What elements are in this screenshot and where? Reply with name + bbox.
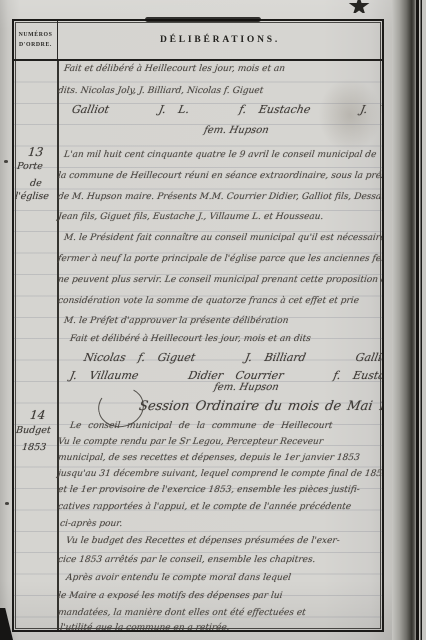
handwritten-line: Vu le budget des Recettes et dépenses pr… (65, 536, 340, 546)
margin-entry-label: Porte (16, 161, 43, 172)
register-left-page: NUMÉROS D'ORDRE. DÉLIBÉRATIONS. 13 Porte… (0, 0, 394, 640)
handwritten-line: M. le Président fait connaître au consei… (63, 233, 382, 243)
signature-line: J. Villaume Didier Courrier f. Eustache … (69, 369, 382, 382)
session-heading: Session Ordinaire du mois de Mai 1854 (138, 399, 382, 414)
margin-entry-number: 13 (27, 145, 44, 159)
handwritten-line: dits. Nicolas Joly, J. Billiard, Nicolas… (57, 86, 263, 96)
margin-entry-label: l'église (14, 191, 49, 202)
table-body: 13 Porte de l'église 14 Budget 1853 Fait… (14, 61, 382, 630)
star-ink-mark-icon: ★ (347, 0, 381, 13)
signature-line: Nicolas f. Giguet J. Billiard Galliot (83, 351, 382, 364)
handwritten-line: fermer à neuf la porte principale de l'é… (57, 254, 382, 264)
margin-entry-number: 14 (29, 408, 46, 422)
margin-entry-label: de (29, 178, 42, 189)
deliberations-column-header: DÉLIBÉRATIONS. (58, 21, 382, 59)
adjacent-page-edge (416, 0, 426, 640)
signature-line: Galliot J. L. f. Eustache J. Villaume Di… (71, 103, 382, 116)
ink-smudge (145, 17, 261, 22)
handwritten-line: Fait et délibéré à Heillecourt les jour,… (63, 64, 285, 74)
handwritten-line: le Maire a exposé les motifs des dépense… (57, 591, 283, 601)
margin-entry-label: Budget (15, 425, 51, 436)
table-header-row: NUMÉROS D'ORDRE. DÉLIBÉRATIONS. (14, 21, 382, 61)
handwritten-line: Fait et délibéré à Heillecourt les jour,… (69, 334, 311, 344)
table-frame: NUMÉROS D'ORDRE. DÉLIBÉRATIONS. 13 Porte… (12, 19, 384, 632)
handwritten-line: Vu le compte rendu par le Sr Legou, Perc… (57, 437, 323, 447)
handwritten-line: Jean fils, Giguet fils, Eustache J., Vil… (57, 212, 324, 222)
order-col-label-line2: D'ORDRE. (19, 42, 52, 48)
handwritten-line: mandatées, la manière dont elles ont été… (57, 608, 306, 618)
ink-speck (4, 160, 8, 163)
margin-entry-label: 1853 (21, 442, 46, 453)
handwritten-line: l'utilité que la commune en a retirée. (59, 623, 230, 630)
signature-line: fem. Hupson (213, 382, 280, 393)
handwritten-line: considération vote la somme de quatorze … (57, 296, 359, 306)
column-divider-rule (57, 61, 59, 630)
handwritten-line: M. le Préfet d'approuver la présente dél… (63, 316, 289, 326)
scanned-register-photo: NUMÉROS D'ORDRE. DÉLIBÉRATIONS. 13 Porte… (0, 0, 426, 640)
handwritten-line: de M. Hupson maire. Présents M.M. Courri… (57, 192, 382, 202)
handwritten-line: cice 1853 arrêtés par le conseil, ensemb… (57, 555, 316, 565)
handwritten-line: jusqu'au 31 décembre suivant, lequel com… (57, 469, 382, 479)
order-col-label-line1: NUMÉROS (19, 32, 53, 38)
handwritten-line: et le 1er provisoire de l'exercice 1853,… (57, 485, 360, 495)
handwritten-line: ne peuvent plus servir. Le conseil munic… (57, 275, 382, 285)
handwritten-line: L'an mil huit cent cinquante quatre le 9… (63, 150, 377, 160)
order-number-column-header: NUMÉROS D'ORDRE. (14, 21, 58, 59)
binding-gutter-shadow (392, 0, 416, 640)
signature-line: fem. Hupson (203, 125, 270, 136)
handwritten-line: municipal, de ses recettes et dépenses, … (57, 453, 360, 463)
handwritten-line: ci-après pour. (59, 519, 123, 529)
handwritten-line: Le conseil municipal de la commune de He… (69, 421, 333, 431)
handwritten-line: la commune de Heillecourt réuni en séanc… (57, 171, 382, 181)
handwritten-line: Après avoir entendu le compte moral dans… (65, 573, 291, 583)
handwritten-line: catives rapportées à l'appui, et le comp… (57, 502, 351, 512)
ink-speck (5, 502, 9, 505)
